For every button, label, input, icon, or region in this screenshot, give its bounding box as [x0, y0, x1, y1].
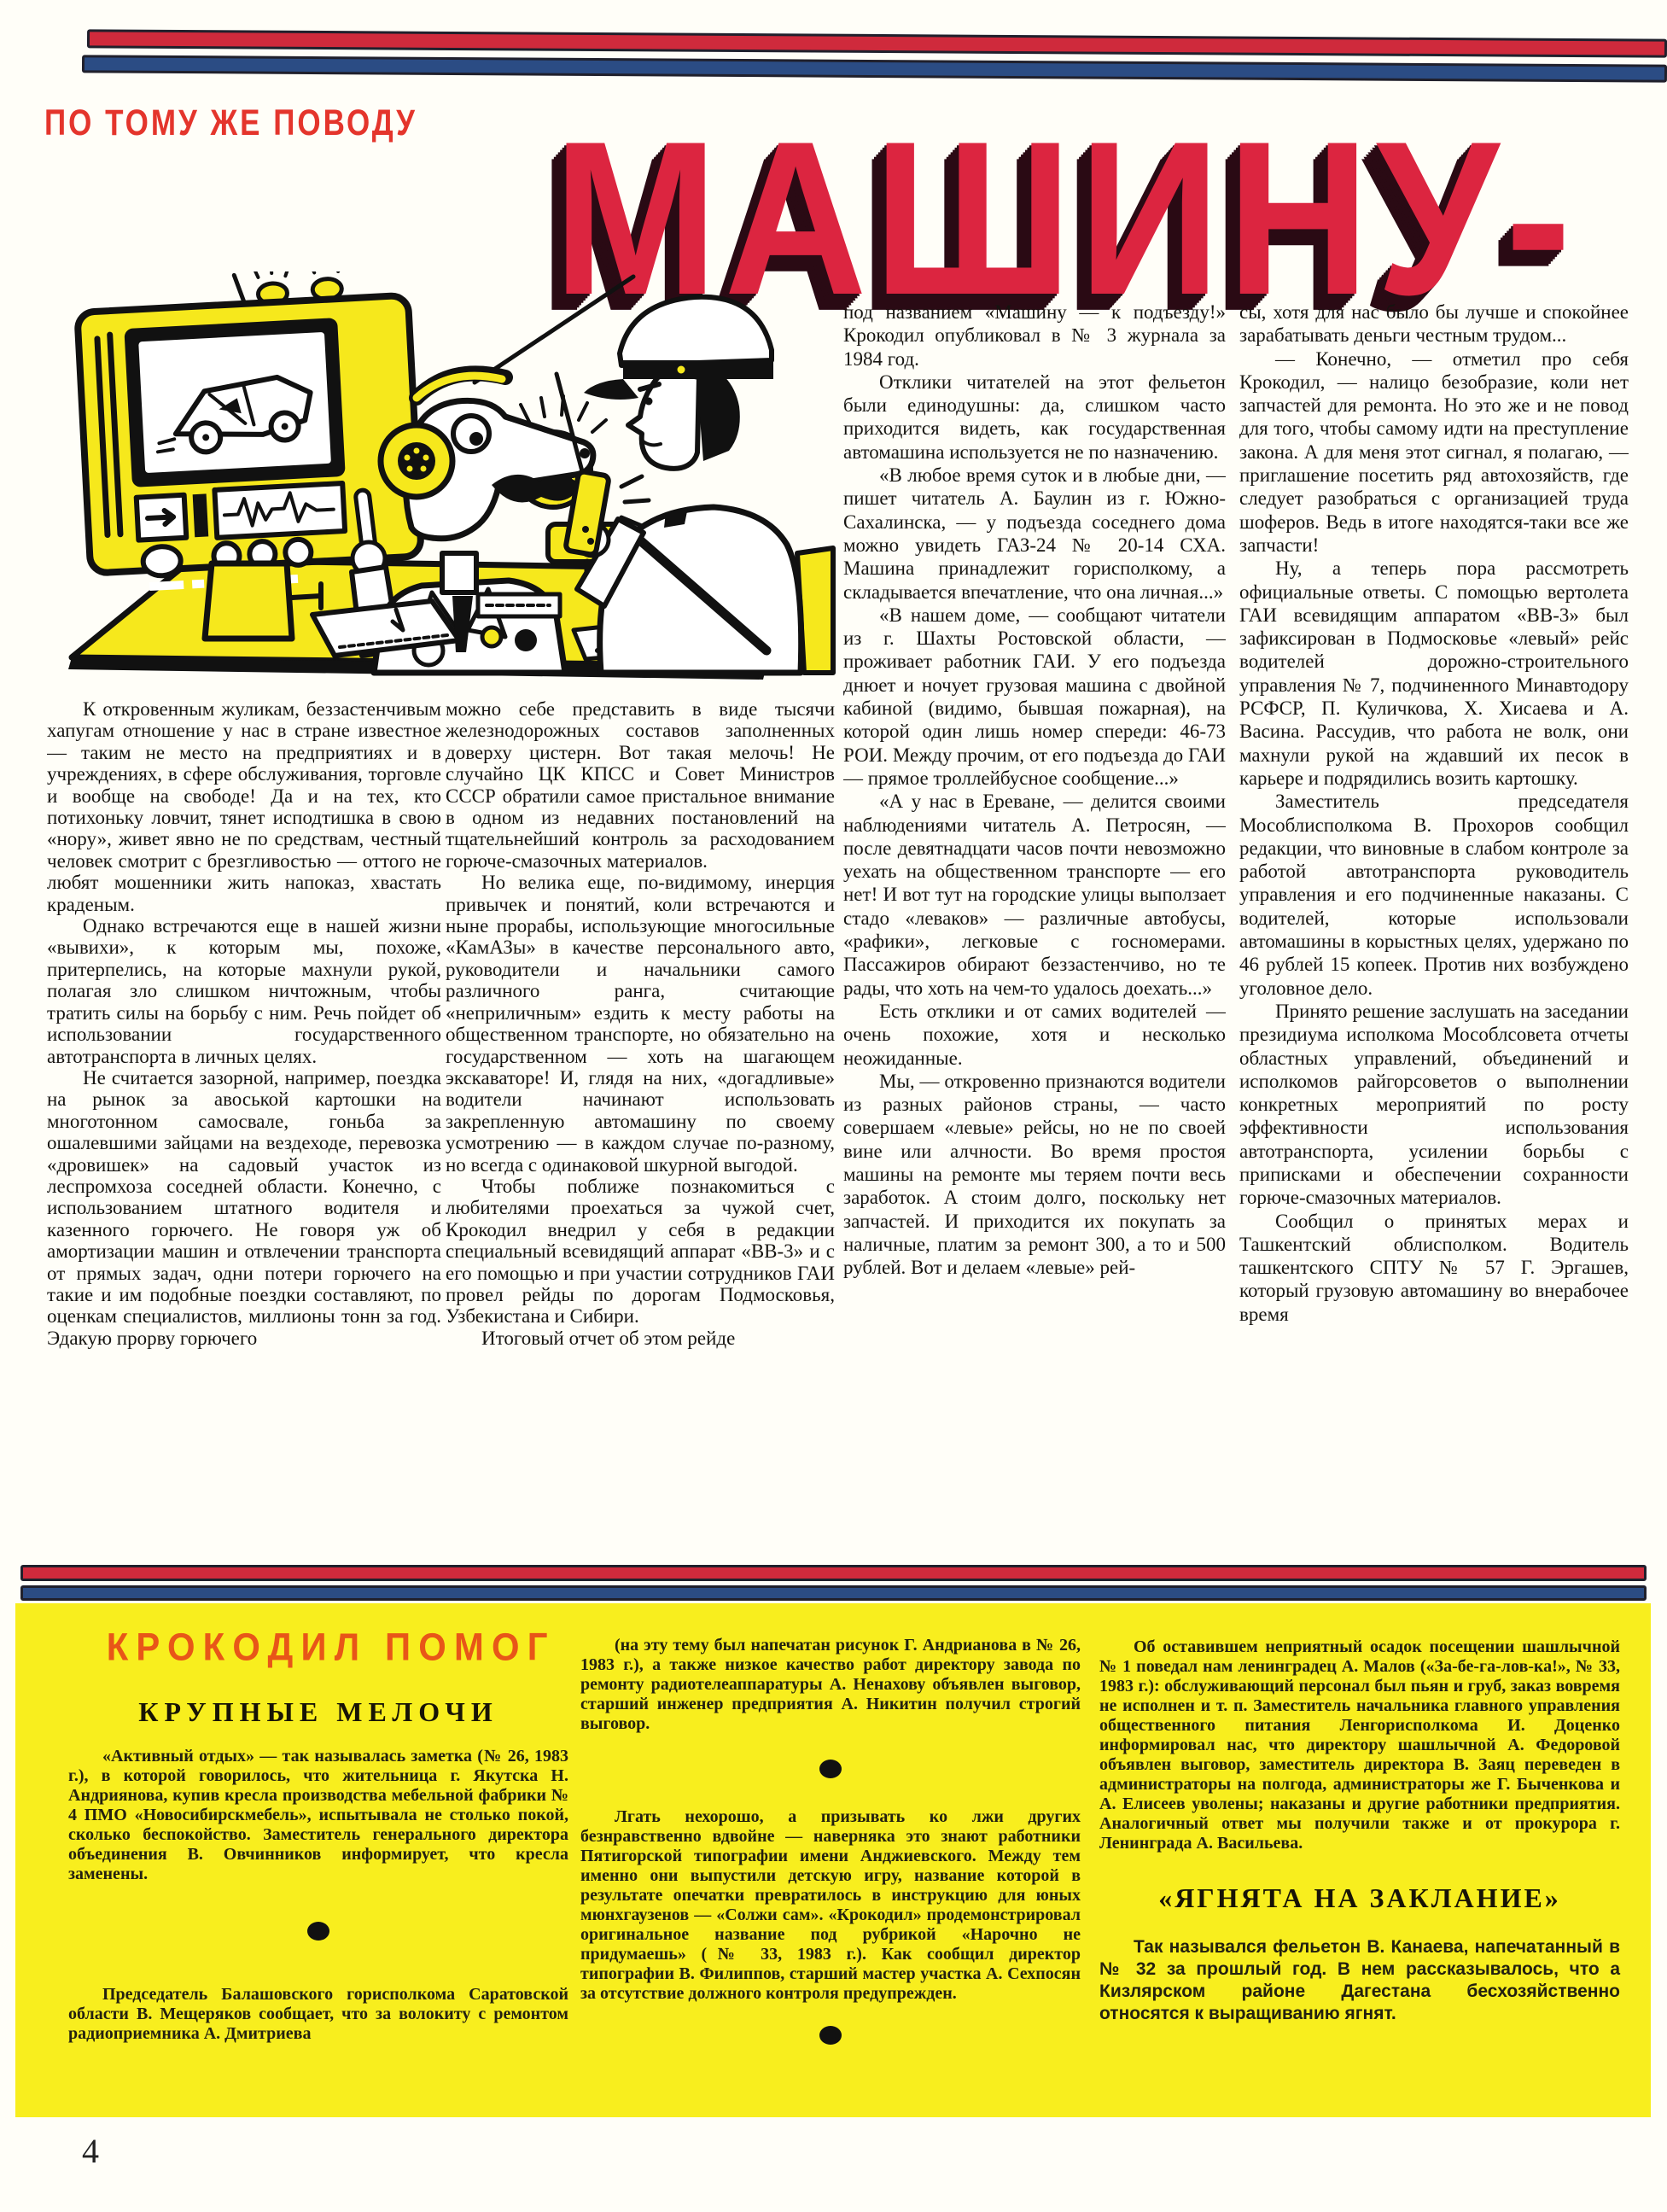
paragraph: Лгать нехорошо, а призывать ко лжи други…	[580, 1807, 1081, 2004]
eye	[453, 416, 489, 452]
sound-waves	[621, 476, 649, 526]
paragraph: Об оставившем неприятный осадок посещени…	[1099, 1637, 1620, 1853]
paragraph: «В любое время суток и в любые дни, — пи…	[843, 464, 1226, 604]
paragraph: Есть отклики и от самих водителей — очен…	[843, 1000, 1226, 1070]
face	[628, 371, 699, 469]
paragraph: можно себе представить в виде тысячи жел…	[446, 698, 835, 872]
paragraph: «А у нас в Ереване, — делится своими наб…	[843, 790, 1226, 1000]
article-column-1: К откровенным жуликам, беззастенчивым ха…	[47, 698, 441, 1559]
paragraph: Так назывался фельетон В. Канаева, напеч…	[1099, 1936, 1620, 2025]
separator-dot	[307, 1922, 329, 1941]
paragraph: Сообщил о принятых мерах и Ташкентский о…	[1239, 1210, 1629, 1326]
pomog-column-right: Об оставившем неприятный осадок посещени…	[1099, 1603, 1620, 2025]
machine-stand	[205, 563, 292, 639]
article-column-4: сы, хотя для нас было бы лучше и спокойн…	[1239, 301, 1629, 1562]
paragraph: (на эту тему был напечатан рисунок Г. Ан…	[580, 1636, 1081, 1734]
middle-red-rule	[20, 1565, 1647, 1581]
paragraph: Мы, — откровенно признаются водители из …	[843, 1070, 1226, 1280]
paragraph: Но велика еще, по-видимому, инерция прив…	[446, 872, 835, 1176]
separator-dot	[819, 2026, 842, 2045]
paragraph: под названием «Машину — к подъезду!» Кро…	[843, 301, 1226, 371]
separator-dot	[819, 1760, 842, 1778]
paragraph: Председатель Балашовского горисполкома С…	[68, 1985, 568, 2044]
paragraph: Отклики читателей на этот фельетон были …	[843, 371, 1226, 464]
paragraph: К откровенным жуликам, беззастенчивым ха…	[47, 698, 441, 915]
paragraph: Заместитель председателя Мособлисполкома…	[1239, 790, 1629, 1000]
paragraph: Ну, а теперь пора рассмотреть официальны…	[1239, 557, 1629, 790]
pomog-column-left: КРОКОДИЛ ПОМОГ КРУПНЫЕ МЕЛОЧИ «Активный …	[68, 1603, 568, 2044]
gai-inspector	[557, 297, 833, 673]
paragraph: Не считается зазорной, например, поездка…	[47, 1067, 441, 1349]
top-blue-rule	[82, 55, 1667, 82]
cap-visor	[584, 379, 638, 400]
paragraph: «Активный отдых» — так называлась заметк…	[68, 1747, 568, 1884]
krokodil-pomog-box: КРОКОДИЛ ПОМОГ КРУПНЫЕ МЕЛОЧИ «Активный …	[15, 1603, 1651, 2117]
page-number: 4	[82, 2131, 99, 2171]
kicker-heading: ПО ТОМУ ЖЕ ПОВОДУ	[44, 102, 488, 144]
nostril	[580, 448, 590, 458]
paragraph: «В нашем доме, — сообщают читатели из г.…	[843, 604, 1226, 790]
top-red-rule	[87, 29, 1667, 57]
editorial-cartoon	[31, 271, 836, 683]
section-heading: «ЯГНЯТА НА ЗАКЛАНИЕ»	[1099, 1882, 1620, 1914]
pomog-column-middle: (на эту тему был напечатан рисунок Г. Ан…	[580, 1603, 1081, 2045]
cap-top	[620, 297, 772, 365]
paragraph: — Конечно, — отметил про себя Крокодил, …	[1239, 347, 1629, 557]
paragraph: Чтобы поближе познакомиться с любителями…	[446, 1176, 835, 1328]
headset-antenna	[475, 277, 633, 382]
paragraph: Однако встречаются еще в нашей жизни «вы…	[47, 915, 441, 1067]
section-heading: КРУПНЫЕ МЕЛОЧИ	[68, 1696, 568, 1728]
cap-badge	[676, 365, 686, 375]
paragraph: сы, хотя для нас было бы лучше и спокойн…	[1239, 301, 1629, 347]
article-column-2: можно себе представить в виде тысячи жел…	[446, 698, 835, 1559]
cap-band	[623, 360, 773, 379]
paragraph: Итоговый отчет об этом рейде	[446, 1328, 835, 1349]
paragraph: Принято решение заслушать на заседании п…	[1239, 1000, 1629, 1210]
pomog-title: КРОКОДИЛ ПОМОГ	[84, 1625, 578, 1670]
article-column-3: под названием «Машину — к подъезду!» Кро…	[843, 301, 1226, 1562]
middle-blue-rule	[20, 1585, 1647, 1601]
